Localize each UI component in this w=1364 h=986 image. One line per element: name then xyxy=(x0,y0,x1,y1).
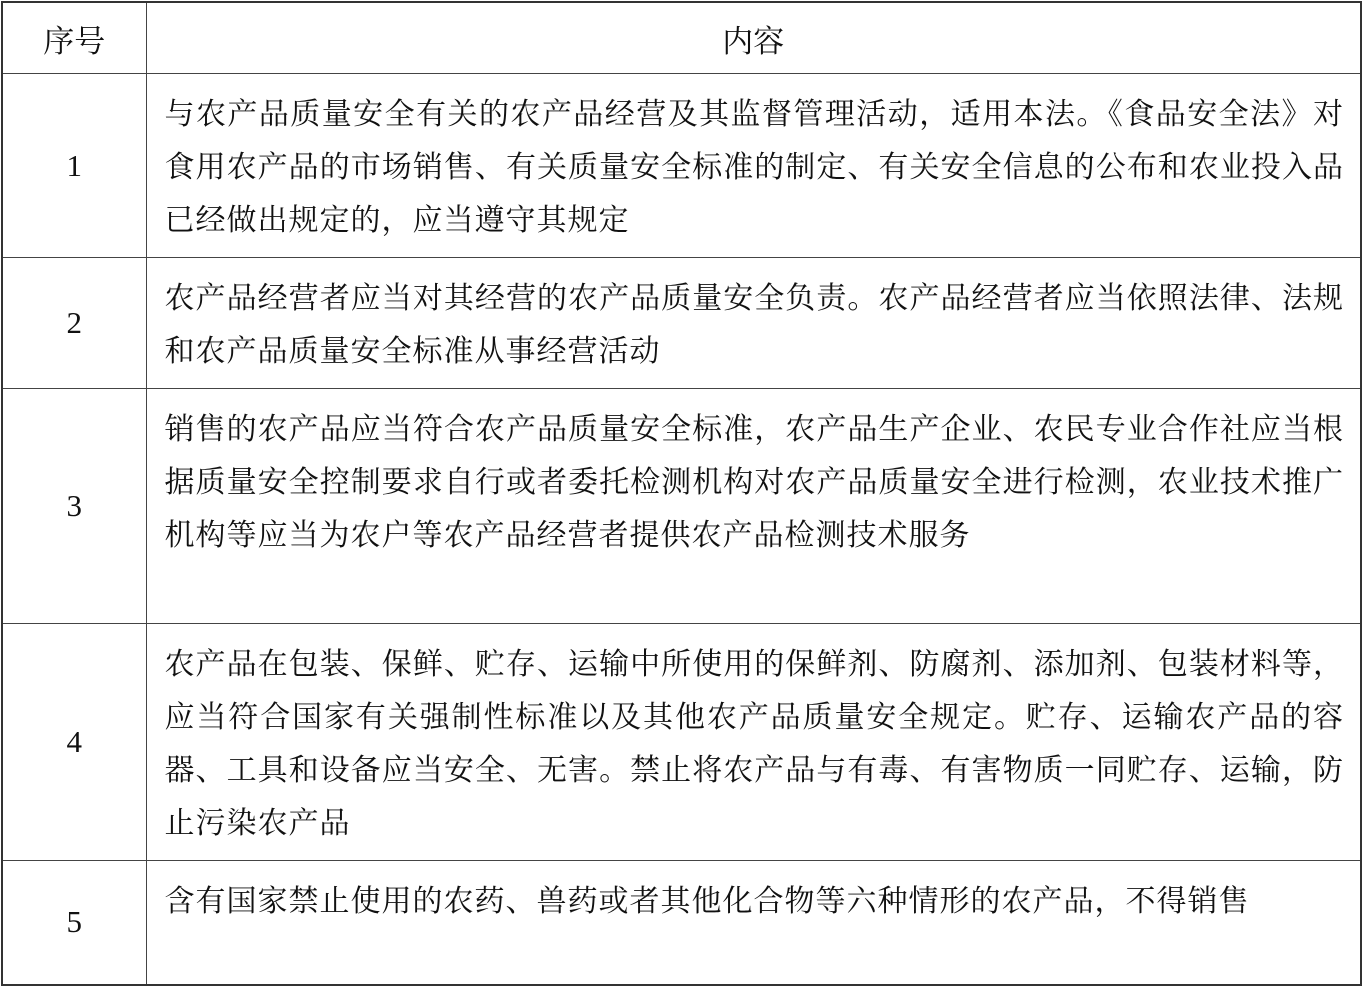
row-content: 销售的农产品应当符合农产品质量安全标准，农产品生产企业、农民专业合作社应当根据质… xyxy=(146,389,1361,624)
table-row: 4 农产品在包装、保鲜、贮存、运输中所使用的保鲜剂、防腐剂、添加剂、包装材料等，… xyxy=(2,624,1361,861)
row-content: 与农产品质量安全有关的农产品经营及其监督管理活动，适用本法。《食品安全法》对食用… xyxy=(146,74,1361,258)
row-content: 农产品经营者应当对其经营的农产品质量安全负责。农产品经营者应当依照法律、法规和农… xyxy=(146,258,1361,389)
header-number: 序号 xyxy=(2,2,146,74)
row-number: 2 xyxy=(2,258,146,389)
row-number: 5 xyxy=(2,861,146,974)
table-row: 1 与农产品质量安全有关的农产品经营及其监督管理活动，适用本法。《食品安全法》对… xyxy=(2,74,1361,258)
table-row: 2 农产品经营者应当对其经营的农产品质量安全负责。农产品经营者应当依照法律、法规… xyxy=(2,258,1361,389)
row-number: 4 xyxy=(2,624,146,861)
row-content: 农产品在包装、保鲜、贮存、运输中所使用的保鲜剂、防腐剂、添加剂、包装材料等，应当… xyxy=(146,624,1361,861)
table-row: 5 含有国家禁止使用的农药、兽药或者其他化合物等六种情形的农产品，不得销售 xyxy=(2,861,1361,974)
table-row: 3 销售的农产品应当符合农产品质量安全标准，农产品生产企业、农民专业合作社应当根… xyxy=(2,389,1361,624)
row-content: 含有国家禁止使用的农药、兽药或者其他化合物等六种情形的农产品，不得销售 xyxy=(146,861,1361,974)
regulation-table: 序号 内容 1 与农产品质量安全有关的农产品经营及其监督管理活动，适用本法。《食… xyxy=(1,1,1362,973)
row-number: 3 xyxy=(2,389,146,624)
header-content: 内容 xyxy=(146,2,1361,74)
table-header-row: 序号 内容 xyxy=(2,2,1361,74)
row-number: 1 xyxy=(2,74,146,258)
